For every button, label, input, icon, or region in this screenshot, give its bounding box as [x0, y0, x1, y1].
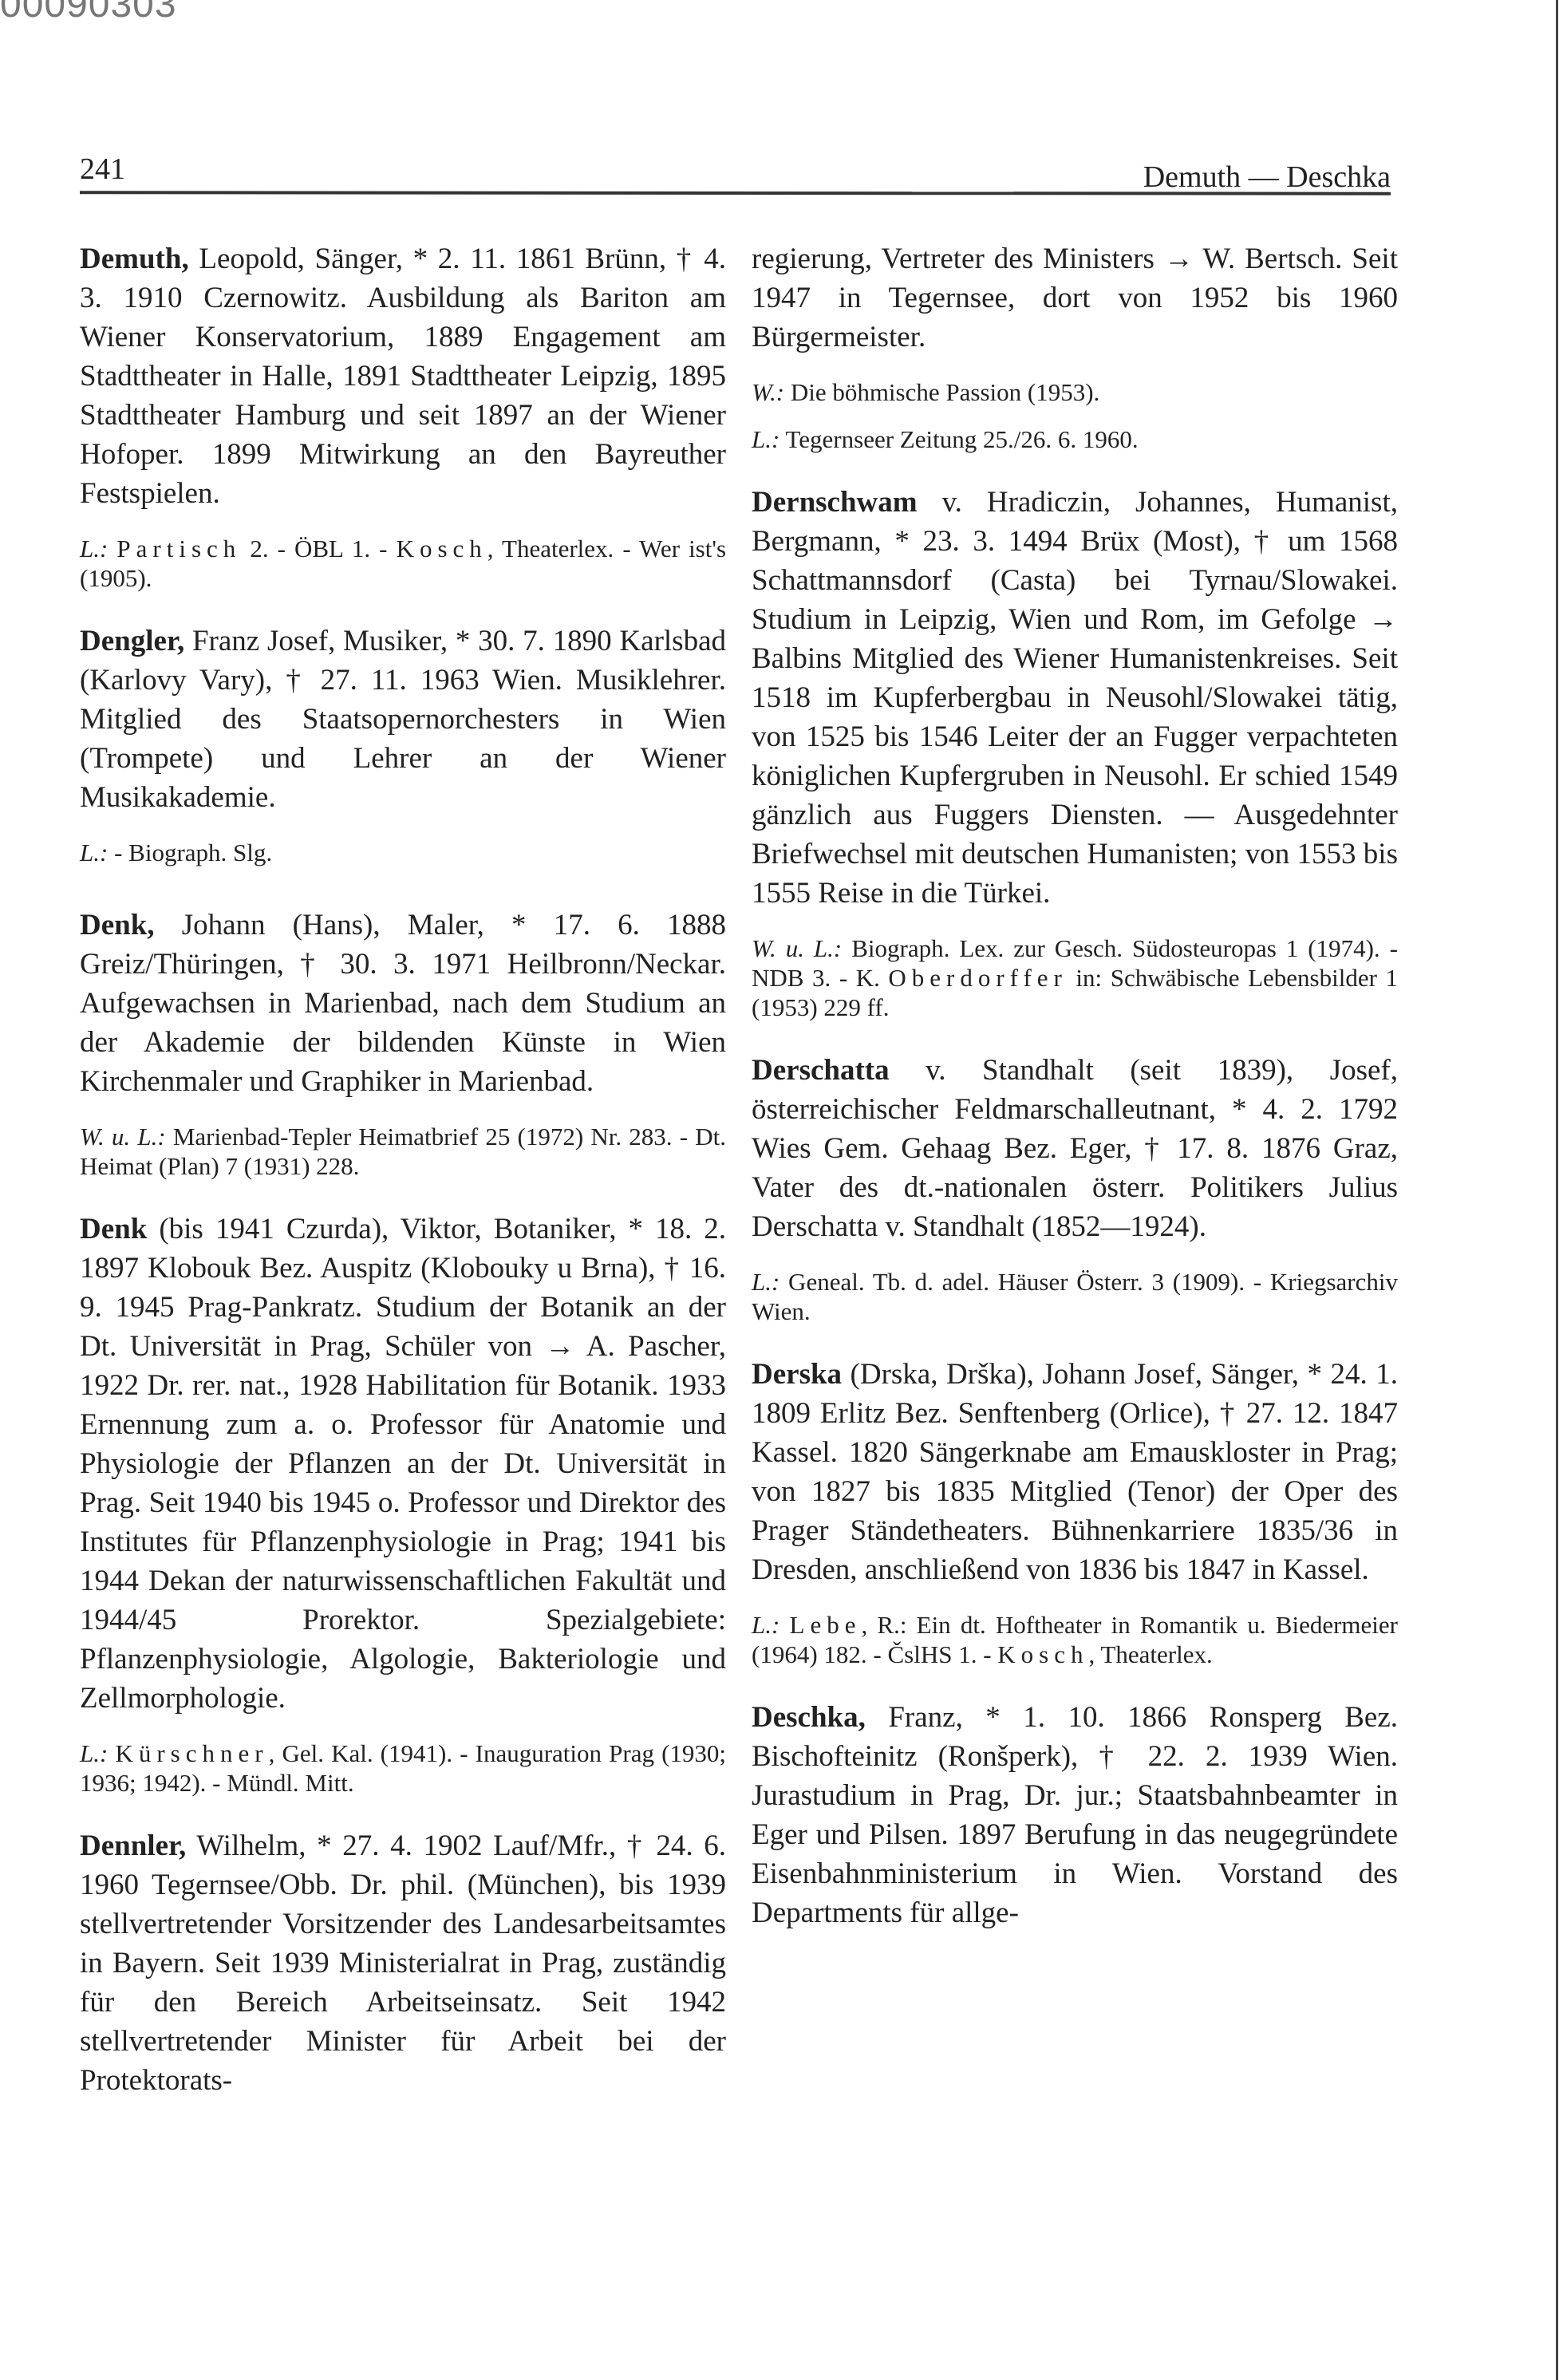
ref-author: Kosch: [997, 1640, 1088, 1668]
entry-demuth: Demuth, Leopold, Sänger, * 2. 11. 1861 B…: [80, 239, 726, 593]
lemma: Denk: [80, 1213, 147, 1245]
ref-label: L.:: [752, 1268, 780, 1296]
entry-dengler: Dengler, Franz Josef, Musiker, * 30. 7. …: [80, 622, 726, 867]
ref-text: Tegernseer Zeitung 25./26. 6. 1960.: [780, 425, 1138, 453]
ref-label: L.:: [80, 1739, 108, 1767]
entry-text: (bis 1941 Czurda), Viktor, Botaniker, * …: [80, 1213, 726, 1715]
entry-text: v. Hradiczin, Johannes, Humanist, Bergma…: [752, 486, 1398, 910]
ref-text: Die böhmische Passion (1953).: [784, 378, 1099, 406]
ref-label: L.:: [752, 1611, 780, 1639]
lemma: Deschka,: [752, 1701, 866, 1734]
entry-text: Leopold, Sänger, * 2. 11. 1861 Brünn, † …: [80, 243, 726, 510]
reference-line: W. u. L.: Marienbad-Tepler Heimatbrief 2…: [80, 1122, 726, 1181]
page-header: 241 Demuth — Deschka: [80, 152, 1391, 191]
entry-derska: Derska (Drska, Drška), Johann Josef, Sän…: [752, 1355, 1398, 1669]
entry-denk-johann: Denk, Johann (Hans), Maler, * 17. 6. 188…: [80, 906, 726, 1181]
entry-body: Dengler, Franz Josef, Musiker, * 30. 7. …: [80, 622, 726, 817]
right-column: regierung, Vertreter des Ministers → W. …: [752, 239, 1398, 1961]
scan-edge-line: [1556, 0, 1558, 2380]
ref-label: W.:: [752, 378, 784, 406]
entry-body: Demuth, Leopold, Sänger, * 2. 11. 1861 B…: [80, 239, 726, 513]
ref-label: W. u. L.:: [752, 934, 842, 962]
reference-line: W. u. L.: Biograph. Lex. zur Gesch. Südo…: [752, 933, 1398, 1022]
ref-text: 2. - ÖBL 1. -: [241, 535, 396, 562]
lemma: Demuth,: [80, 243, 189, 275]
ref-label: W. u. L.:: [80, 1123, 166, 1151]
scan-id-label: 00090303: [0, 0, 177, 26]
entry-derschatta: Derschatta v. Standhalt (seit 1839), Jos…: [752, 1051, 1398, 1326]
entry-body: Denk (bis 1941 Czurda), Viktor, Botanike…: [80, 1210, 726, 1718]
ref-text: Geneal. Tb. d. adel. Häuser Österr. 3 (1…: [752, 1268, 1398, 1325]
ref-author: Oberdorffer: [888, 964, 1067, 992]
running-head: Demuth — Deschka: [1143, 160, 1391, 195]
lemma: Dernschwam: [752, 486, 918, 519]
reference-line: W.: Die böhmische Passion (1953).: [752, 377, 1398, 407]
entry-body: Derschatta v. Standhalt (seit 1839), Jos…: [752, 1051, 1398, 1246]
reference-line: L.: - Biograph. Slg.: [80, 838, 726, 867]
reference-line: L.: Partisch 2. - ÖBL 1. - Kosch, Theate…: [80, 534, 726, 593]
entry-body: Dennler, Wilhelm, * 27. 4. 1902 Lauf/Mfr…: [80, 1826, 726, 2100]
reference-line: L.: Geneal. Tb. d. adel. Häuser Österr. …: [752, 1267, 1398, 1326]
entry-body: Deschka, Franz, * 1. 10. 1866 Ronsperg B…: [752, 1698, 1398, 1932]
ref-label: L.:: [752, 425, 780, 453]
entry-text: Wilhelm, * 27. 4. 1902 Lauf/Mfr., † 24. …: [80, 1829, 726, 2097]
ref-label: L.:: [80, 839, 108, 866]
reference-line: L.: Tegernseer Zeitung 25./26. 6. 1960.: [752, 424, 1398, 454]
ref-label: L.:: [80, 535, 108, 562]
lemma: Dengler,: [80, 625, 184, 657]
lemma: Derska: [752, 1358, 842, 1391]
entry-body: Derska (Drska, Drška), Johann Josef, Sän…: [752, 1355, 1398, 1589]
entry-denk-viktor: Denk (bis 1941 Czurda), Viktor, Botanike…: [80, 1210, 726, 1798]
lemma: Dennler,: [80, 1829, 186, 1862]
entry-body: Dernschwam v. Hradiczin, Johannes, Human…: [752, 483, 1398, 913]
reference-line: L.: Kürschner, Gel. Kal. (1941). - Inaug…: [80, 1739, 726, 1798]
entry-dernschwam: Dernschwam v. Hradiczin, Johannes, Human…: [752, 483, 1398, 1022]
entry-body: regierung, Vertreter des Ministers → W. …: [752, 239, 1398, 357]
ref-text: - Biograph. Slg.: [108, 839, 272, 866]
reference-line: L.: Lebe, R.: Ein dt. Hoftheater in Roma…: [752, 1610, 1398, 1669]
entry-text: (Drska, Drška), Johann Josef, Sänger, * …: [752, 1358, 1398, 1586]
ref-author: Kürschner: [115, 1739, 268, 1767]
entry-text: Franz, * 1. 10. 1866 Ronsperg Bez. Bisch…: [752, 1701, 1398, 1929]
ref-text: , Theaterlex.: [1089, 1640, 1213, 1668]
ref-text: Marienbad-Tepler Heimatbrief 25 (1972) N…: [80, 1123, 726, 1180]
entry-dennler: Dennler, Wilhelm, * 27. 4. 1902 Lauf/Mfr…: [80, 1826, 726, 2100]
lemma: Denk,: [80, 909, 155, 941]
entry-body: Denk, Johann (Hans), Maler, * 17. 6. 188…: [80, 906, 726, 1101]
lemma: Derschatta: [752, 1054, 890, 1087]
left-column: Demuth, Leopold, Sänger, * 2. 11. 1861 B…: [80, 239, 726, 2129]
ref-author: Kosch: [397, 535, 487, 562]
entry-deschka: Deschka, Franz, * 1. 10. 1866 Ronsperg B…: [752, 1698, 1398, 1932]
ref-author: Lebe: [790, 1611, 862, 1639]
entry-dennler-continued: regierung, Vertreter des Ministers → W. …: [752, 239, 1398, 454]
header-rule: [80, 191, 1391, 195]
page-number: 241: [80, 152, 125, 187]
entry-text: Johann (Hans), Maler, * 17. 6. 1888 Grei…: [80, 909, 726, 1098]
ref-author: Partisch: [116, 535, 241, 562]
